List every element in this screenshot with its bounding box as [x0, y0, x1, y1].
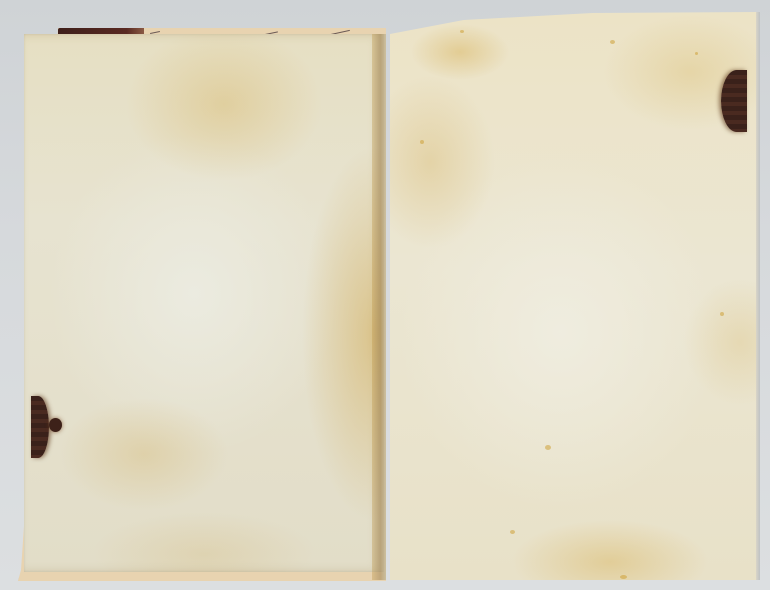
burn-dot-left	[49, 418, 62, 432]
stain-speck	[420, 140, 424, 144]
stain-speck	[510, 530, 515, 534]
burn-hole-right	[721, 70, 747, 132]
stain-speck	[620, 575, 627, 579]
right-page	[390, 12, 758, 580]
stain-speck	[695, 52, 698, 55]
stain-speck	[460, 30, 464, 33]
right-page-edge	[756, 12, 760, 580]
book-gutter	[372, 34, 386, 580]
left-page	[24, 34, 384, 572]
stain-speck	[610, 40, 615, 44]
book-photo	[0, 0, 770, 590]
stain-speck	[720, 312, 724, 316]
stain-speck	[545, 445, 551, 450]
